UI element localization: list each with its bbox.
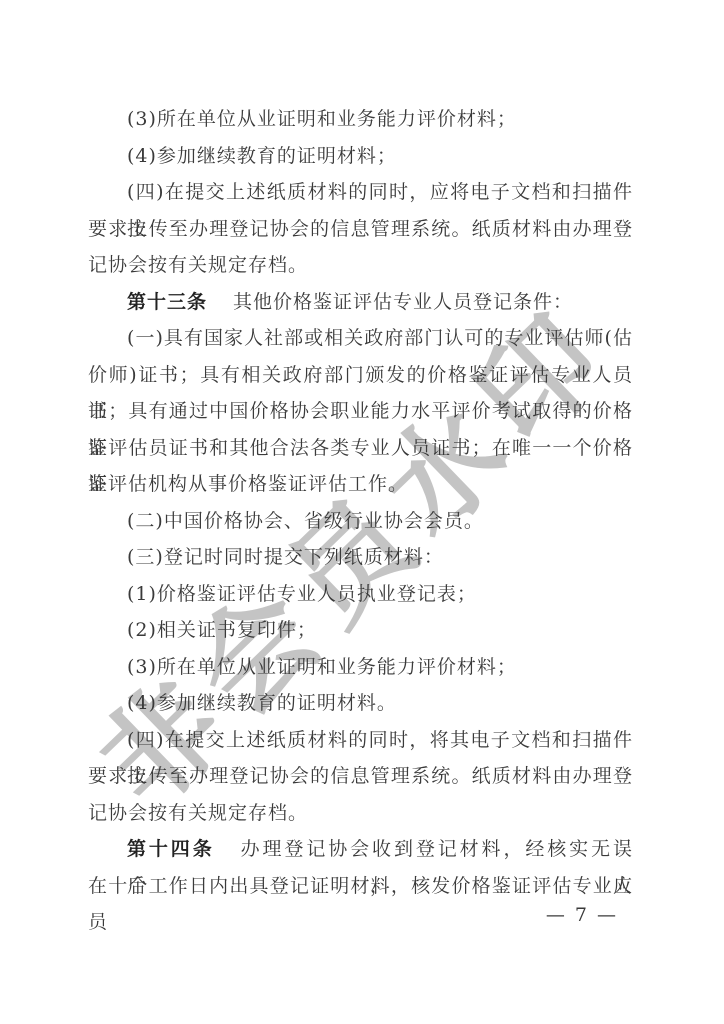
line-text: (3)所在单位从业证明和业务能力评价材料； [127,656,517,678]
paragraph-line: (一)具有国家人社部或相关政府部门认可的专业评估师(估 [88,320,633,357]
document-body: (3)所在单位从业证明和业务能力评价材料； (4)参加继续教育的证明材料； (四… [88,101,633,904]
paragraph-line: (二)中国价格协会、省级行业协会会员。 [88,503,633,540]
paragraph-line: 证评估机构从事价格鉴证评估工作。 [88,466,633,503]
line-text: (2)相关证书复印件； [127,619,317,641]
paragraph-line: 价师)证书；具有相关政府部门颁发的价格鉴证评估专业人员证 [88,357,633,394]
article-heading: 第十三条其他价格鉴证评估专业人员登记条件： [88,284,633,321]
paragraph-line: 记协会按有关规定存档。 [88,795,633,832]
paragraph-line: (1)价格鉴证评估专业人员执业登记表； [88,576,633,613]
line-text: (4)参加继续教育的证明材料； [127,145,397,167]
paragraph-line: (四)在提交上述纸质材料的同时，应将电子文档和扫描件按 [88,174,633,211]
line-text: (3)所在单位从业证明和业务能力评价材料； [127,108,517,130]
paragraph-line: (三)登记时同时提交下列纸质材料： [88,539,633,576]
paragraph-line: 要求上传至办理登记协会的信息管理系统。纸质材料由办理登 [88,211,633,248]
line-text: 要求上传至办理登记协会的信息管理系统。纸质材料由办理登 [88,218,633,240]
line-text: (4)参加继续教育的证明材料。 [127,692,397,714]
paragraph-line: 在十个工作日内出具登记证明材料，核发价格鉴证评估专业人员 [88,868,633,905]
line-text: 记协会按有关规定存档。 [88,802,308,824]
line-text: 证评估机构从事价格鉴证评估工作。 [88,473,408,495]
line-text: (三)登记时同时提交下列纸质材料： [127,546,444,568]
document-page: 非会员水印 (3)所在单位从业证明和业务能力评价材料； (4)参加继续教育的证明… [0,0,724,1024]
page-number: — 7 — [0,901,618,929]
paragraph-line: 要求上传至办理登记协会的信息管理系统。纸质材料由办理登 [88,758,633,795]
paragraph-line: (4)参加继续教育的证明材料； [88,138,633,175]
paragraph-line: (4)参加继续教育的证明材料。 [88,685,633,722]
article-heading-text: 其他价格鉴证评估专业人员登记条件： [233,291,573,313]
line-text: (一)具有国家人社部或相关政府部门认可的专业评估师(估 [127,327,633,349]
line-text: 记协会按有关规定存档。 [88,254,308,276]
article-heading: 第十四条办理登记协会收到登记材料，经核实无误后，应 [88,831,633,868]
paragraph-line: (2)相关证书复印件； [88,612,633,649]
line-text: 要求上传至办理登记协会的信息管理系统。纸质材料由办理登 [88,765,633,787]
paragraph-line: (3)所在单位从业证明和业务能力评价材料； [88,101,633,138]
paragraph-line: 证评估员证书和其他合法各类专业人员证书；在唯一一个价格鉴 [88,430,633,467]
paragraph-line: (四)在提交上述纸质材料的同时，将其电子文档和扫描件按 [88,722,633,759]
paragraph-line: 记协会按有关规定存档。 [88,247,633,284]
line-text: (1)价格鉴证评估专业人员执业登记表； [127,583,477,605]
article-number: 第十三条 [127,291,207,313]
line-text: (二)中国价格协会、省级行业协会会员。 [127,510,484,532]
paragraph-line: (3)所在单位从业证明和业务能力评价材料； [88,649,633,686]
paragraph-line: 书；具有通过中国价格协会职业能力水平评价考试取得的价格鉴 [88,393,633,430]
article-number: 第十四条 [127,838,215,860]
